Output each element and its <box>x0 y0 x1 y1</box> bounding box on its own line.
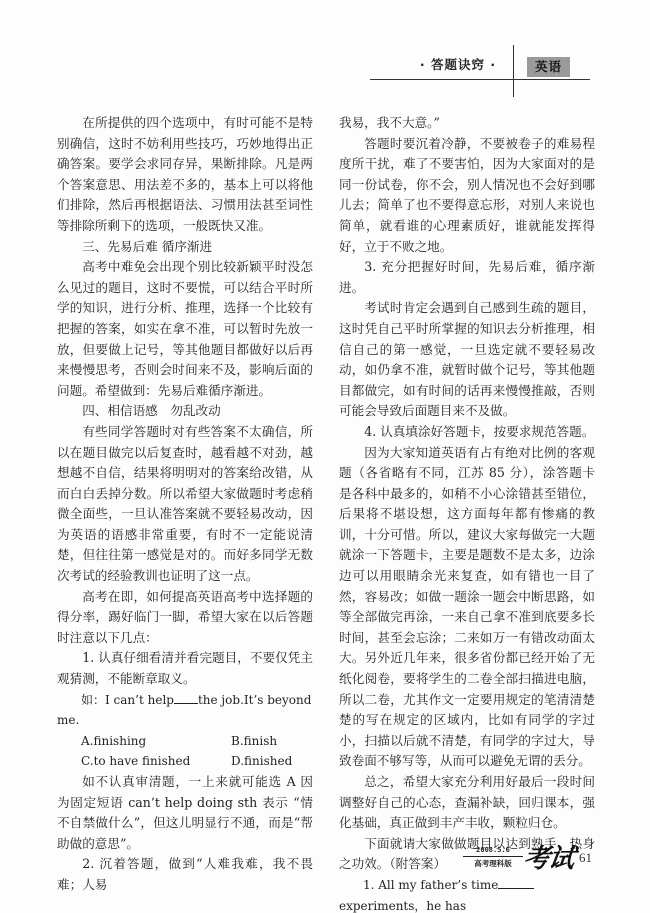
paragraph-time: 考试时肯定会遇到自己感到生疏的题目，这时凭自己平时所掌握的知识去分析推理，相信自… <box>339 298 595 422</box>
tip-1: 1. 认真仔细看清并看完题目，不要仅凭主观猜测，不能断章取义。 <box>57 648 313 689</box>
example-prefix: 如：I can’t help <box>81 693 174 707</box>
paragraph-easy-first: 高考中难免会出现个别比较新颖平时没怎么见过的题目，这时不要慌，可以结合平时所学的… <box>57 257 313 401</box>
section-heading-3: 三、先易后难 循序渐进 <box>57 237 313 258</box>
right-column: 我易，我不大意。” 答题时要沉着冷静，不要被卷子的难易程度所干扰，难了不要害怕，… <box>339 113 595 913</box>
magazine-page: · 答题诀窍 · 英语 在所提供的四个选项中，有时可能不是特别确信，这时不妨利用… <box>0 0 650 913</box>
tip-3: 3. 充分把握好时间，先易后难，循序渐进。 <box>339 257 595 298</box>
option-b: B.finish <box>231 731 277 752</box>
option-d: D.finished <box>231 751 292 772</box>
magazine-logo: 考试 <box>521 838 576 875</box>
example-options-row-2: C.to have finished D.finished <box>57 751 313 772</box>
answer-blank <box>498 876 534 889</box>
question-1-suffix: experiments，he has <box>339 899 466 913</box>
paragraph-conclusion: 总之，希望大家充分利用好最后一段时间调整好自己的心态，查漏补缺，回归课本，强化基… <box>339 772 595 834</box>
answer-blank <box>174 691 198 704</box>
tip-4: 4. 认真填涂好答题卡，按要求规范答题。 <box>339 422 595 443</box>
paragraph-language-sense: 有些同学答题时对有些答案不太确信，所以在题目做完以后复查时，越看越不对劲，越想越… <box>57 422 313 587</box>
subject-tab: 英语 <box>527 57 570 77</box>
paragraph-intro-tips: 高考在即，如何提高英语高考中选择题的得分率，踢好临门一脚，希望大家在以后答题时注… <box>57 587 313 649</box>
paragraph-answer-card: 因为大家知道英语有占有绝对比例的客观题（各省略有不同，江苏 85 分），涂答题卡… <box>339 443 595 773</box>
tip-2-start: 2. 沉着答题，做到“人难我难，我不畏难；人易 <box>57 854 313 895</box>
option-c: C.to have finished <box>81 751 231 772</box>
paragraph-elimination: 在所提供的四个选项中，有时可能不是特别确信，这时不妨利用些技巧，巧妙地得出正确答… <box>57 113 313 237</box>
paragraph-example-explanation: 如不认真审清题，一上来就可能选 A 因为固定短语 can’t help doin… <box>57 772 313 854</box>
section-heading-4: 四、相信语感 勿乱改动 <box>57 401 313 422</box>
example-question: 如：I can’t helpthe job.It’s beyond me. <box>57 690 313 731</box>
option-a: A.finishing <box>81 731 231 752</box>
example-options-row-1: A.finishing B.finish <box>57 731 313 752</box>
section-title: · 答题诀窍 · <box>413 55 503 73</box>
question-1-prefix: 1. All my father’s time <box>363 878 498 892</box>
header-vertical-rule <box>513 45 514 97</box>
page-number: 61 <box>579 850 592 866</box>
edition-label: 高考理科版 <box>463 858 523 869</box>
paragraph-calm: 答题时要沉着冷静，不要被卷子的难易程度所干扰，难了不要害怕，因为大家面对的是同一… <box>339 134 595 258</box>
tip-2-end: 我易，我不大意。” <box>339 113 595 134</box>
exercise-question-1: 1. All my father’s timeexperiments，he ha… <box>339 875 595 913</box>
left-column: 在所提供的四个选项中，有时可能不是特别确信，这时不妨利用些技巧，巧妙地得出正确答… <box>57 113 313 896</box>
header-horizontal-rule <box>370 79 590 80</box>
issue-date: 2008.5.6 <box>463 846 523 854</box>
